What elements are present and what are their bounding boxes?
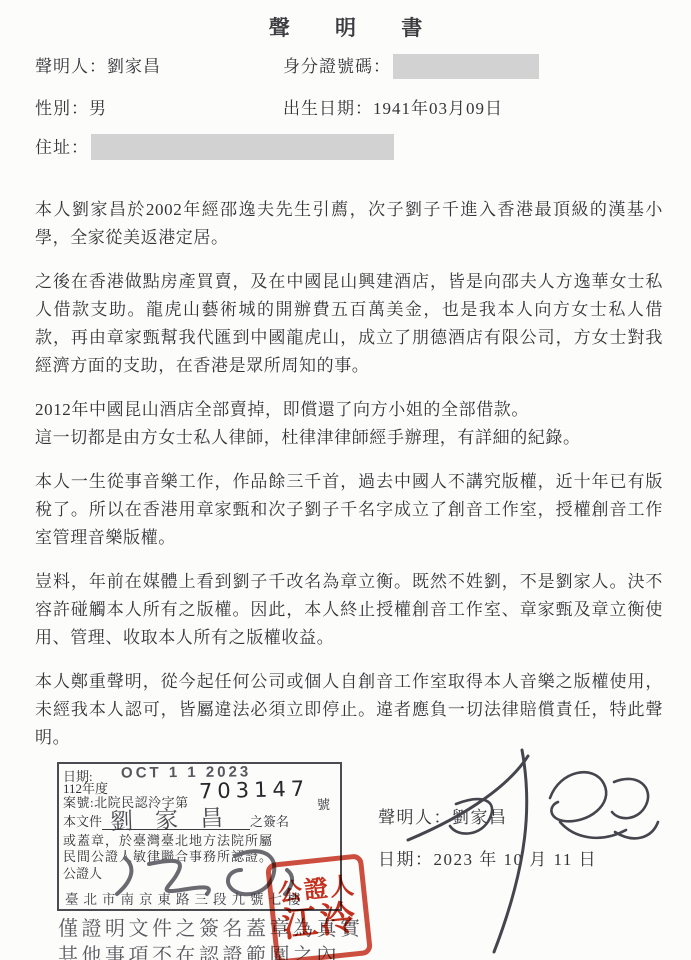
- id-field: 身分證號碼：: [283, 52, 539, 79]
- seal-text-bottom: 江泠: [281, 899, 361, 945]
- paragraph-4: 本人一生從事音樂工作，作品餘三千首，過去中國人不講究版權，近十年已有版稅了。所以…: [35, 468, 663, 552]
- address-label: 住址：: [35, 138, 89, 157]
- declaration-body: 本人劉家昌於2002年經邵逸夫先生引薦，次子劉子千進入香港最頂級的漢基小學，全家…: [35, 196, 663, 768]
- declarant-field: 聲明人：劉家昌: [35, 57, 161, 76]
- gender-field: 性別：男: [35, 99, 107, 118]
- address-redaction-box: [91, 134, 394, 160]
- notary-red-seal: 公證人 江泠: [265, 853, 373, 960]
- doc-prefix: 本文件: [63, 814, 102, 829]
- id-redaction-box: [393, 54, 539, 79]
- paragraph-5: 豈料，年前在媒體上看到劉子千改名為章立衡。既然不姓劉，不是劉家人。決不容許碰觸本…: [35, 568, 663, 652]
- declarant-handwritten-signature: [398, 742, 666, 958]
- paragraph-2: 之後在香港做點房產買賣，及在中國昆山興建酒店，皆是向邵夫人方逸華女士私人借款支助…: [35, 268, 663, 380]
- case-number-suffix: 號: [317, 794, 330, 813]
- header-row-declarant: 聲明人：劉家昌 身分證號碼：: [35, 52, 655, 77]
- header-row-gender: 性別：男 出生日期：1941年03月09日: [35, 94, 655, 119]
- doc-suffix: 之簽名: [250, 814, 289, 829]
- paragraph-1: 本人劉家昌於2002年經邵逸夫先生引薦，次子劉子千進入香港最頂級的漢基小學，全家…: [35, 196, 663, 252]
- birthdate-field: 出生日期：1941年03月09日: [283, 94, 503, 119]
- notary-label: 公證人: [63, 863, 102, 882]
- page-title: 聲 明 書: [0, 12, 691, 42]
- signature-blank-line: 劉家昌: [102, 813, 250, 830]
- declaration-document: 聲 明 書 聲明人：劉家昌 身分證號碼： 性別：男 出生日期：1941年03月0…: [0, 0, 691, 960]
- id-label: 身分證號碼：: [283, 57, 391, 76]
- paragraph-6: 本人鄭重聲明，從今起任何公司或個人自創音工作室取得本人音樂之版權使用，未經我本人…: [35, 668, 663, 752]
- paragraph-3: 2012年中國昆山酒店全部賣掉，即償還了向方小姐的全部借款。 這一切都是由方女士…: [35, 396, 663, 452]
- document-signature-row: 本文件劉家昌之簽名: [63, 811, 289, 830]
- header-row-address: 住址：: [35, 133, 655, 160]
